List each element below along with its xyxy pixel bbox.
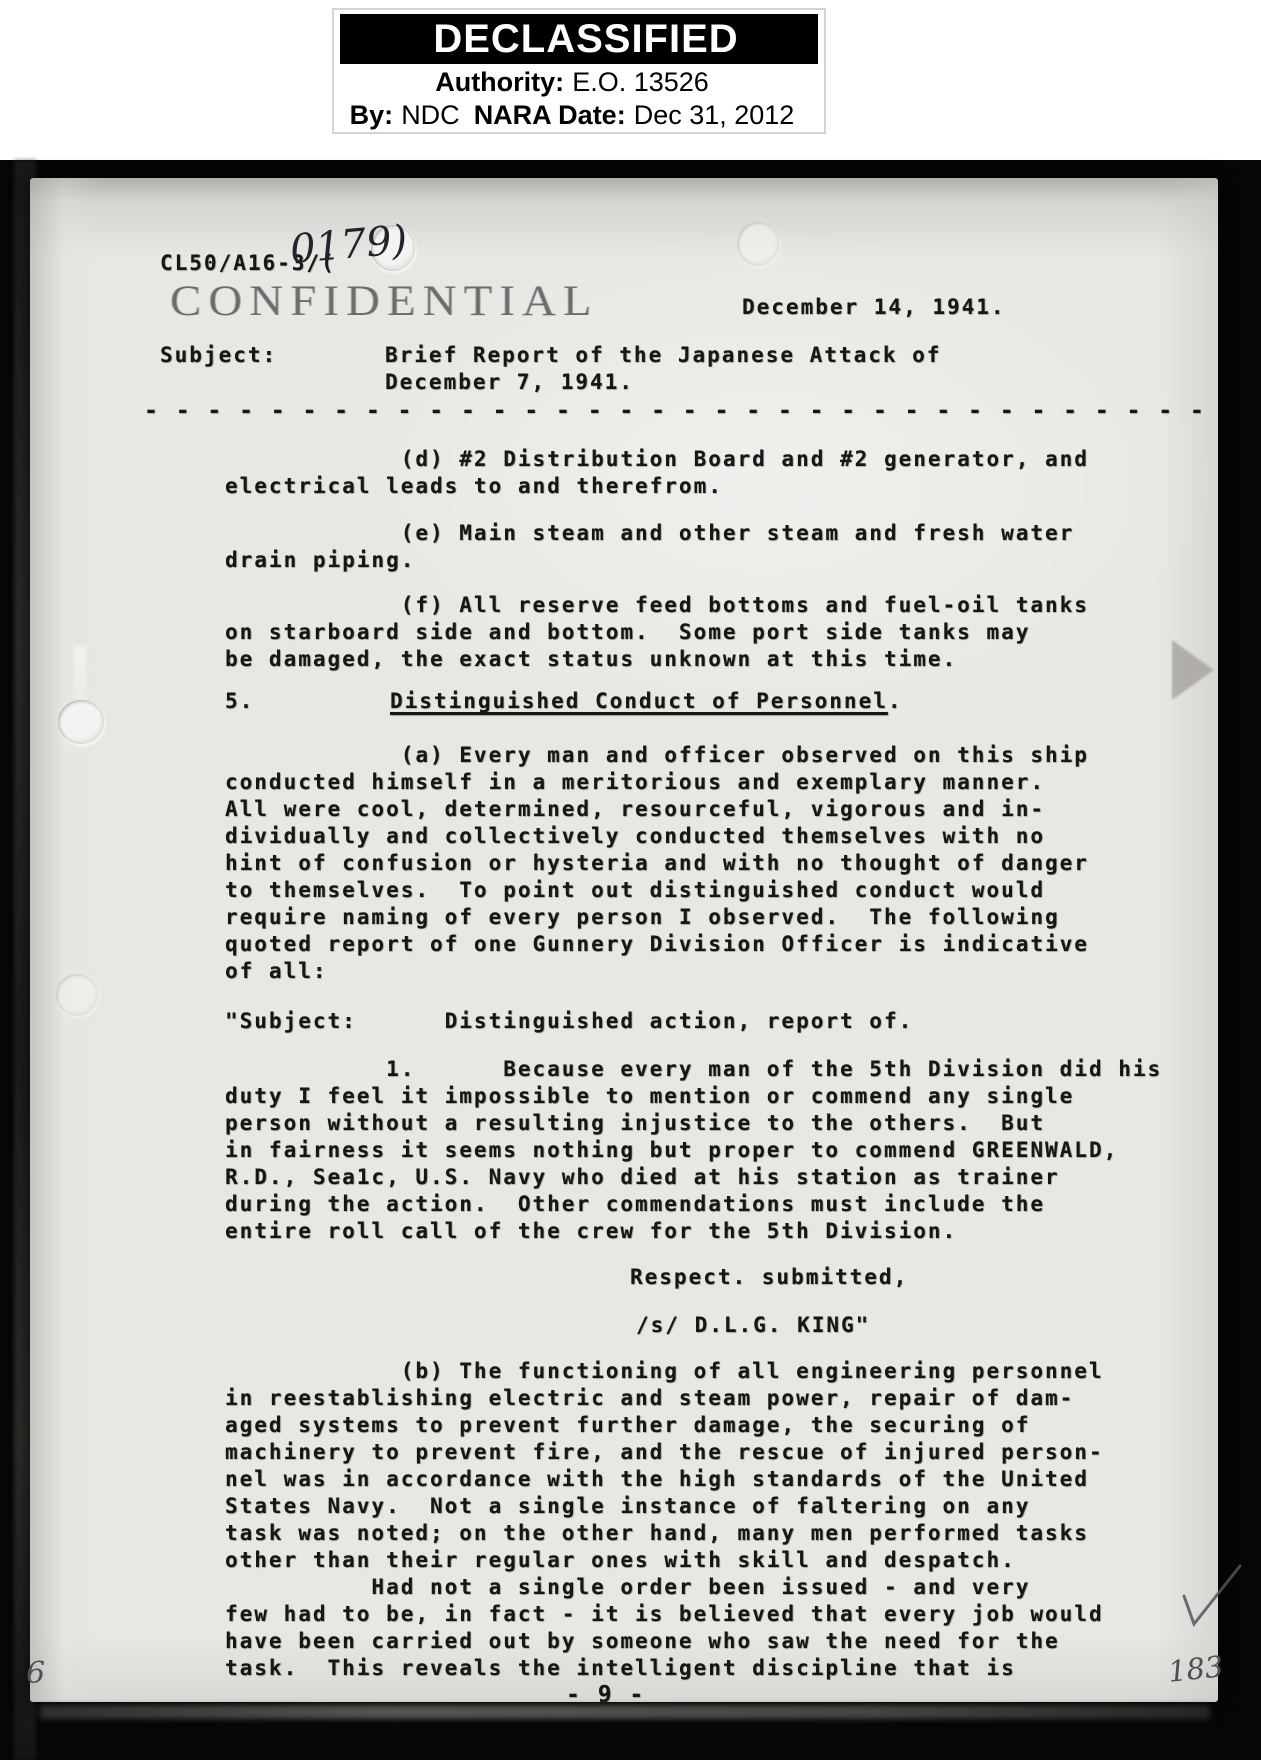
paper-bottom-shadow	[40, 1705, 1210, 1719]
paragraph-d: (d) #2 Distribution Board and #2 generat…	[225, 446, 1089, 500]
nara-date-label: NARA Date:	[474, 100, 626, 130]
authority-value: E.O. 13526	[572, 67, 709, 97]
paragraph-f: (f) All reserve feed bottoms and fuel-oi…	[225, 592, 1089, 673]
authority-line: Authority:E.O. 13526	[334, 66, 824, 99]
by-line: By:NDCNARA Date:Dec 31, 2012	[334, 99, 824, 132]
pencil-mark-right: 183	[1166, 1649, 1225, 1689]
declassified-title: DECLASSIFIED	[433, 17, 738, 62]
quoted-subject: "Subject: Distinguished action, report o…	[225, 1008, 913, 1035]
arrowhead-mark-icon	[1172, 640, 1214, 700]
quoted-paragraph-1: 1. Because every man of the 5th Division…	[225, 1056, 1162, 1245]
checkmark-icon	[1178, 1558, 1248, 1638]
by-value: NDC	[401, 100, 460, 130]
pencil-mark-left: 6	[26, 1656, 45, 1691]
section5-heading-text: Distinguished Conduct of Personnel	[390, 689, 888, 713]
document-page: CL50/A16-3/( 0179) CONFIDENTIAL December…	[30, 178, 1218, 1702]
authority-label: Authority:	[435, 67, 564, 97]
paragraph-b: (b) The functioning of all engineering p…	[225, 1358, 1104, 1682]
paragraph-a: (a) Every man and officer observed on th…	[225, 742, 1089, 985]
punch-hole	[56, 974, 98, 1016]
section5-heading: Distinguished Conduct of Personnel.	[390, 688, 903, 715]
section5-number: 5.	[225, 688, 254, 715]
signature-line: /s/ D.L.G. KING"	[636, 1312, 870, 1339]
punch-hole	[737, 222, 779, 266]
confidential-stamp: CONFIDENTIAL	[170, 276, 599, 326]
punch-hole	[58, 700, 104, 744]
subject-label: Subject:	[160, 342, 277, 369]
dashed-separator: - - - - - - - - - - - - - - - - - - - - …	[144, 398, 1206, 425]
paragraph-e: (e) Main steam and other steam and fresh…	[225, 520, 1074, 574]
document-date: December 14, 1941.	[742, 294, 1006, 321]
screenshot: DECLASSIFIED Authority:E.O. 13526 By:NDC…	[0, 0, 1261, 1760]
declassified-banner: DECLASSIFIED Authority:E.O. 13526 By:NDC…	[332, 8, 826, 134]
declassified-title-bar: DECLASSIFIED	[340, 14, 818, 64]
section5-heading-period: .	[888, 689, 903, 713]
scan-background: CL50/A16-3/( 0179) CONFIDENTIAL December…	[0, 160, 1261, 1760]
by-label: By:	[350, 100, 394, 130]
subject-text: Brief Report of the Japanese Attack of D…	[385, 342, 941, 396]
closing-line: Respect. submitted,	[630, 1264, 908, 1291]
nara-date-value: Dec 31, 2012	[634, 100, 795, 130]
